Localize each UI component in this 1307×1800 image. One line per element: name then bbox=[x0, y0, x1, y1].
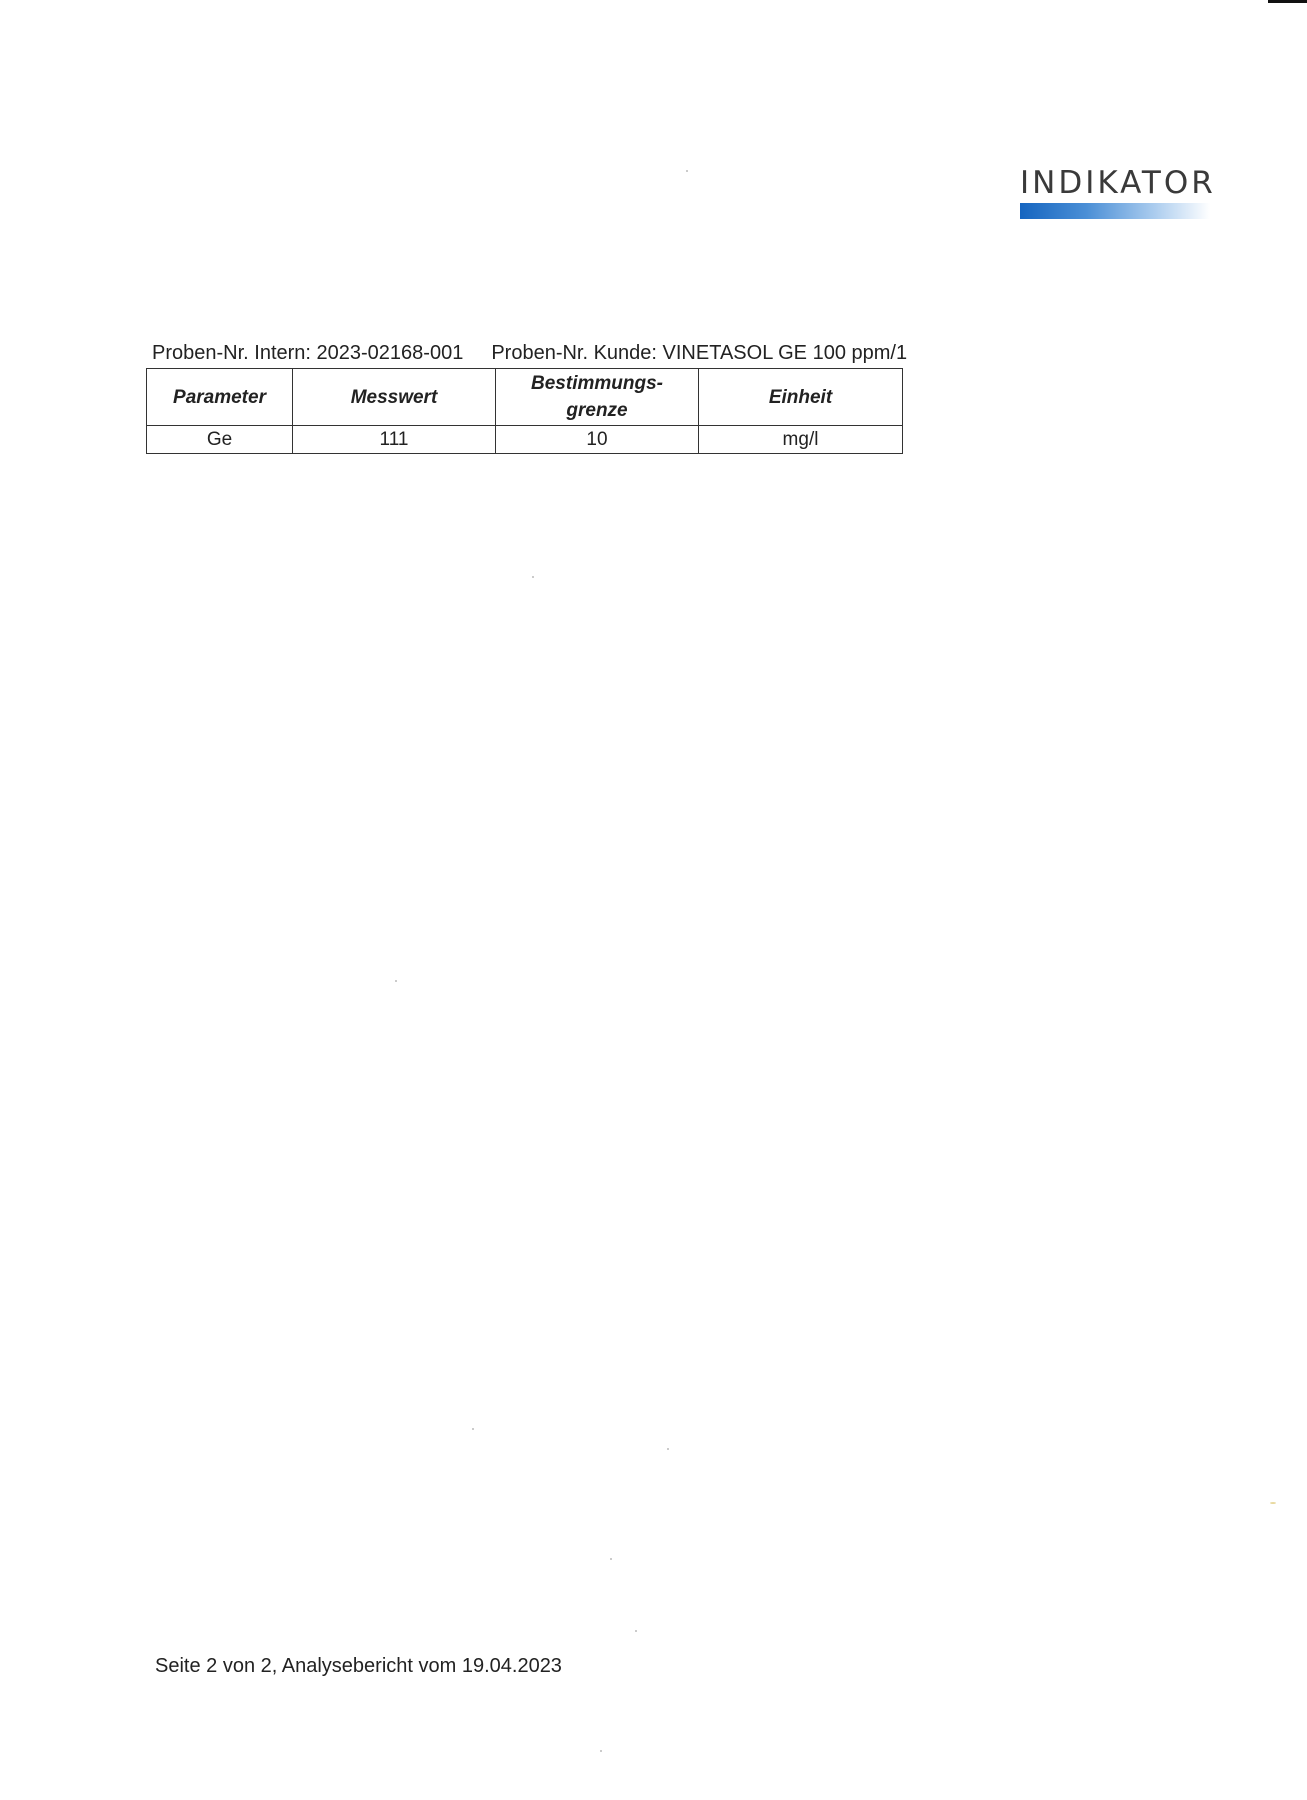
header-bestimmungsgrenze-line2: grenze bbox=[566, 400, 627, 421]
scan-speck bbox=[635, 1630, 637, 1632]
scan-speck bbox=[600, 1750, 602, 1752]
scan-speck bbox=[686, 170, 688, 172]
scan-speck bbox=[395, 980, 397, 982]
cell-bestimmungsgrenze: 10 bbox=[496, 426, 699, 454]
scan-speck bbox=[667, 1448, 669, 1450]
page-footer: Seite 2 von 2, Analysebericht vom 19.04.… bbox=[155, 1655, 562, 1678]
cell-messwert: 111 bbox=[293, 426, 496, 454]
cell-einheit: mg/l bbox=[699, 426, 903, 454]
scan-speck bbox=[532, 576, 534, 578]
header-einheit: Einheit bbox=[699, 369, 903, 426]
cell-parameter: Ge bbox=[147, 426, 293, 454]
scan-speck bbox=[610, 1558, 612, 1560]
table-row: Ge 111 10 mg/l bbox=[147, 426, 903, 454]
table-header-row: Parameter Messwert Bestimmungs- grenze E… bbox=[147, 369, 903, 426]
internal-sample-number: Proben-Nr. Intern: 2023-02168-001 bbox=[152, 342, 463, 364]
sample-info-line: Proben-Nr. Intern: 2023-02168-001Proben-… bbox=[152, 342, 907, 365]
logo-gradient-bar bbox=[1020, 203, 1210, 219]
header-messwert: Messwert bbox=[293, 369, 496, 426]
header-bestimmungsgrenze-line1: Bestimmungs- bbox=[531, 373, 663, 394]
header-parameter: Parameter bbox=[147, 369, 293, 426]
customer-sample-number: Proben-Nr. Kunde: VINETASOL GE 100 ppm/1 bbox=[491, 342, 907, 364]
header-bestimmungsgrenze: Bestimmungs- grenze bbox=[496, 369, 699, 426]
scan-speck bbox=[472, 1428, 474, 1430]
results-table: Parameter Messwert Bestimmungs- grenze E… bbox=[146, 368, 903, 454]
scan-speck bbox=[1270, 1502, 1276, 1504]
company-logo: INDIKATOR bbox=[1020, 168, 1230, 219]
scan-edge-mark bbox=[1268, 0, 1307, 3]
logo-text: INDIKATOR bbox=[1020, 168, 1230, 199]
